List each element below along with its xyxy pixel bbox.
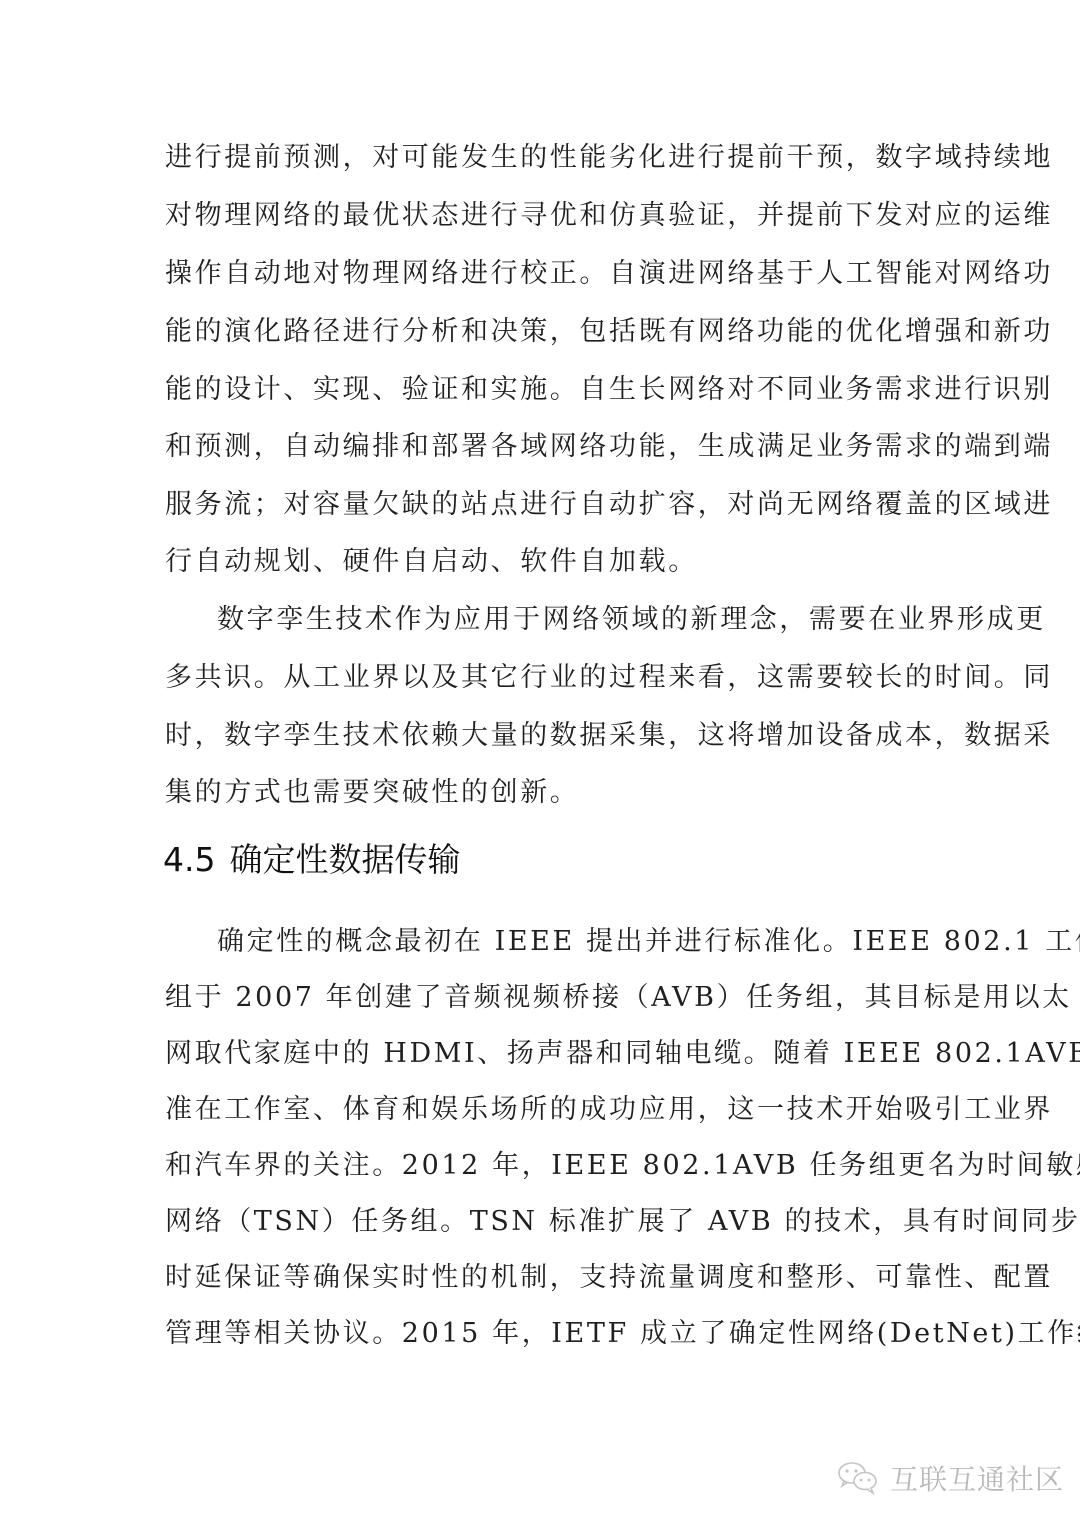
paragraph-1-line-5: 能的设计、实现、验证和实施。自生长网络对不同业务需求进行识别 [165, 373, 915, 407]
section-heading: 4.5确定性数据传输 [163, 838, 460, 882]
wechat-icon [836, 1460, 880, 1496]
watermark-text: 互联互通社区 [890, 1458, 1064, 1498]
section-paragraph-line-4: 准在工作室、体育和娱乐场所的成功应用，这一技术开始吸引工业界 [165, 1093, 915, 1127]
paragraph-1-line-2: 对物理网络的最优状态进行寻优和仿真验证，并提前下发对应的运维 [165, 199, 915, 233]
section-paragraph-line-7: 时延保证等确保实时性的机制，支持流量调度和整形、可靠性、配置 [165, 1261, 915, 1295]
paragraph-2-line-4: 集的方式也需要突破性的创新。 [165, 776, 915, 810]
watermark: 互联互通社区 [836, 1458, 1064, 1498]
section-title: 确定性数据传输 [229, 840, 460, 879]
document-page: 进行提前预测，对可能发生的性能劣化进行提前干预，数字域持续地 对物理网络的最优状… [0, 0, 1080, 1526]
paragraph-1-line-1: 进行提前预测，对可能发生的性能劣化进行提前干预，数字域持续地 [165, 141, 915, 175]
paragraph-1-line-7: 服务流；对容量欠缺的站点进行自动扩容，对尚无网络覆盖的区域进 [165, 488, 915, 522]
section-paragraph-line-3: 网取代家庭中的 HDMI、扬声器和同轴电缆。随着 IEEE 802.1AVB 标 [165, 1037, 915, 1071]
paragraph-2-line-3: 时，数字孪生技术依赖大量的数据采集，这将增加设备成本，数据采 [165, 719, 915, 753]
section-paragraph-line-6: 网络（TSN）任务组。TSN 标准扩展了 AVB 的技术，具有时间同步、 [165, 1205, 915, 1239]
section-number: 4.5 [163, 840, 215, 879]
paragraph-2-line-2: 多共识。从工业界以及其它行业的过程来看，这需要较长的时间。同 [165, 661, 915, 695]
paragraph-1-line-8: 行自动规划、硬件自启动、软件自加载。 [165, 545, 915, 579]
paragraph-2-line-1: 数字孪生技术作为应用于网络领域的新理念，需要在业界形成更 [217, 603, 967, 637]
section-paragraph-line-8: 管理等相关协议。2015 年，IETF 成立了确定性网络(DetNet)工作组， [165, 1317, 915, 1351]
paragraph-1-line-3: 操作自动地对物理网络进行校正。自演进网络基于人工智能对网络功 [165, 257, 915, 291]
section-paragraph-line-2: 组于 2007 年创建了音频视频桥接（AVB）任务组，其目标是用以太 [165, 981, 915, 1015]
section-paragraph-line-1: 确定性的概念最初在 IEEE 提出并进行标准化。IEEE 802.1 工作 [217, 925, 967, 959]
section-paragraph-line-5: 和汽车界的关注。2012 年，IEEE 802.1AVB 任务组更名为时间敏感 [165, 1149, 915, 1183]
paragraph-1-line-4: 能的演化路径进行分析和决策，包括既有网络功能的优化增强和新功 [165, 315, 915, 349]
paragraph-1-line-6: 和预测，自动编排和部署各域网络功能，生成满足业务需求的端到端 [165, 430, 915, 464]
